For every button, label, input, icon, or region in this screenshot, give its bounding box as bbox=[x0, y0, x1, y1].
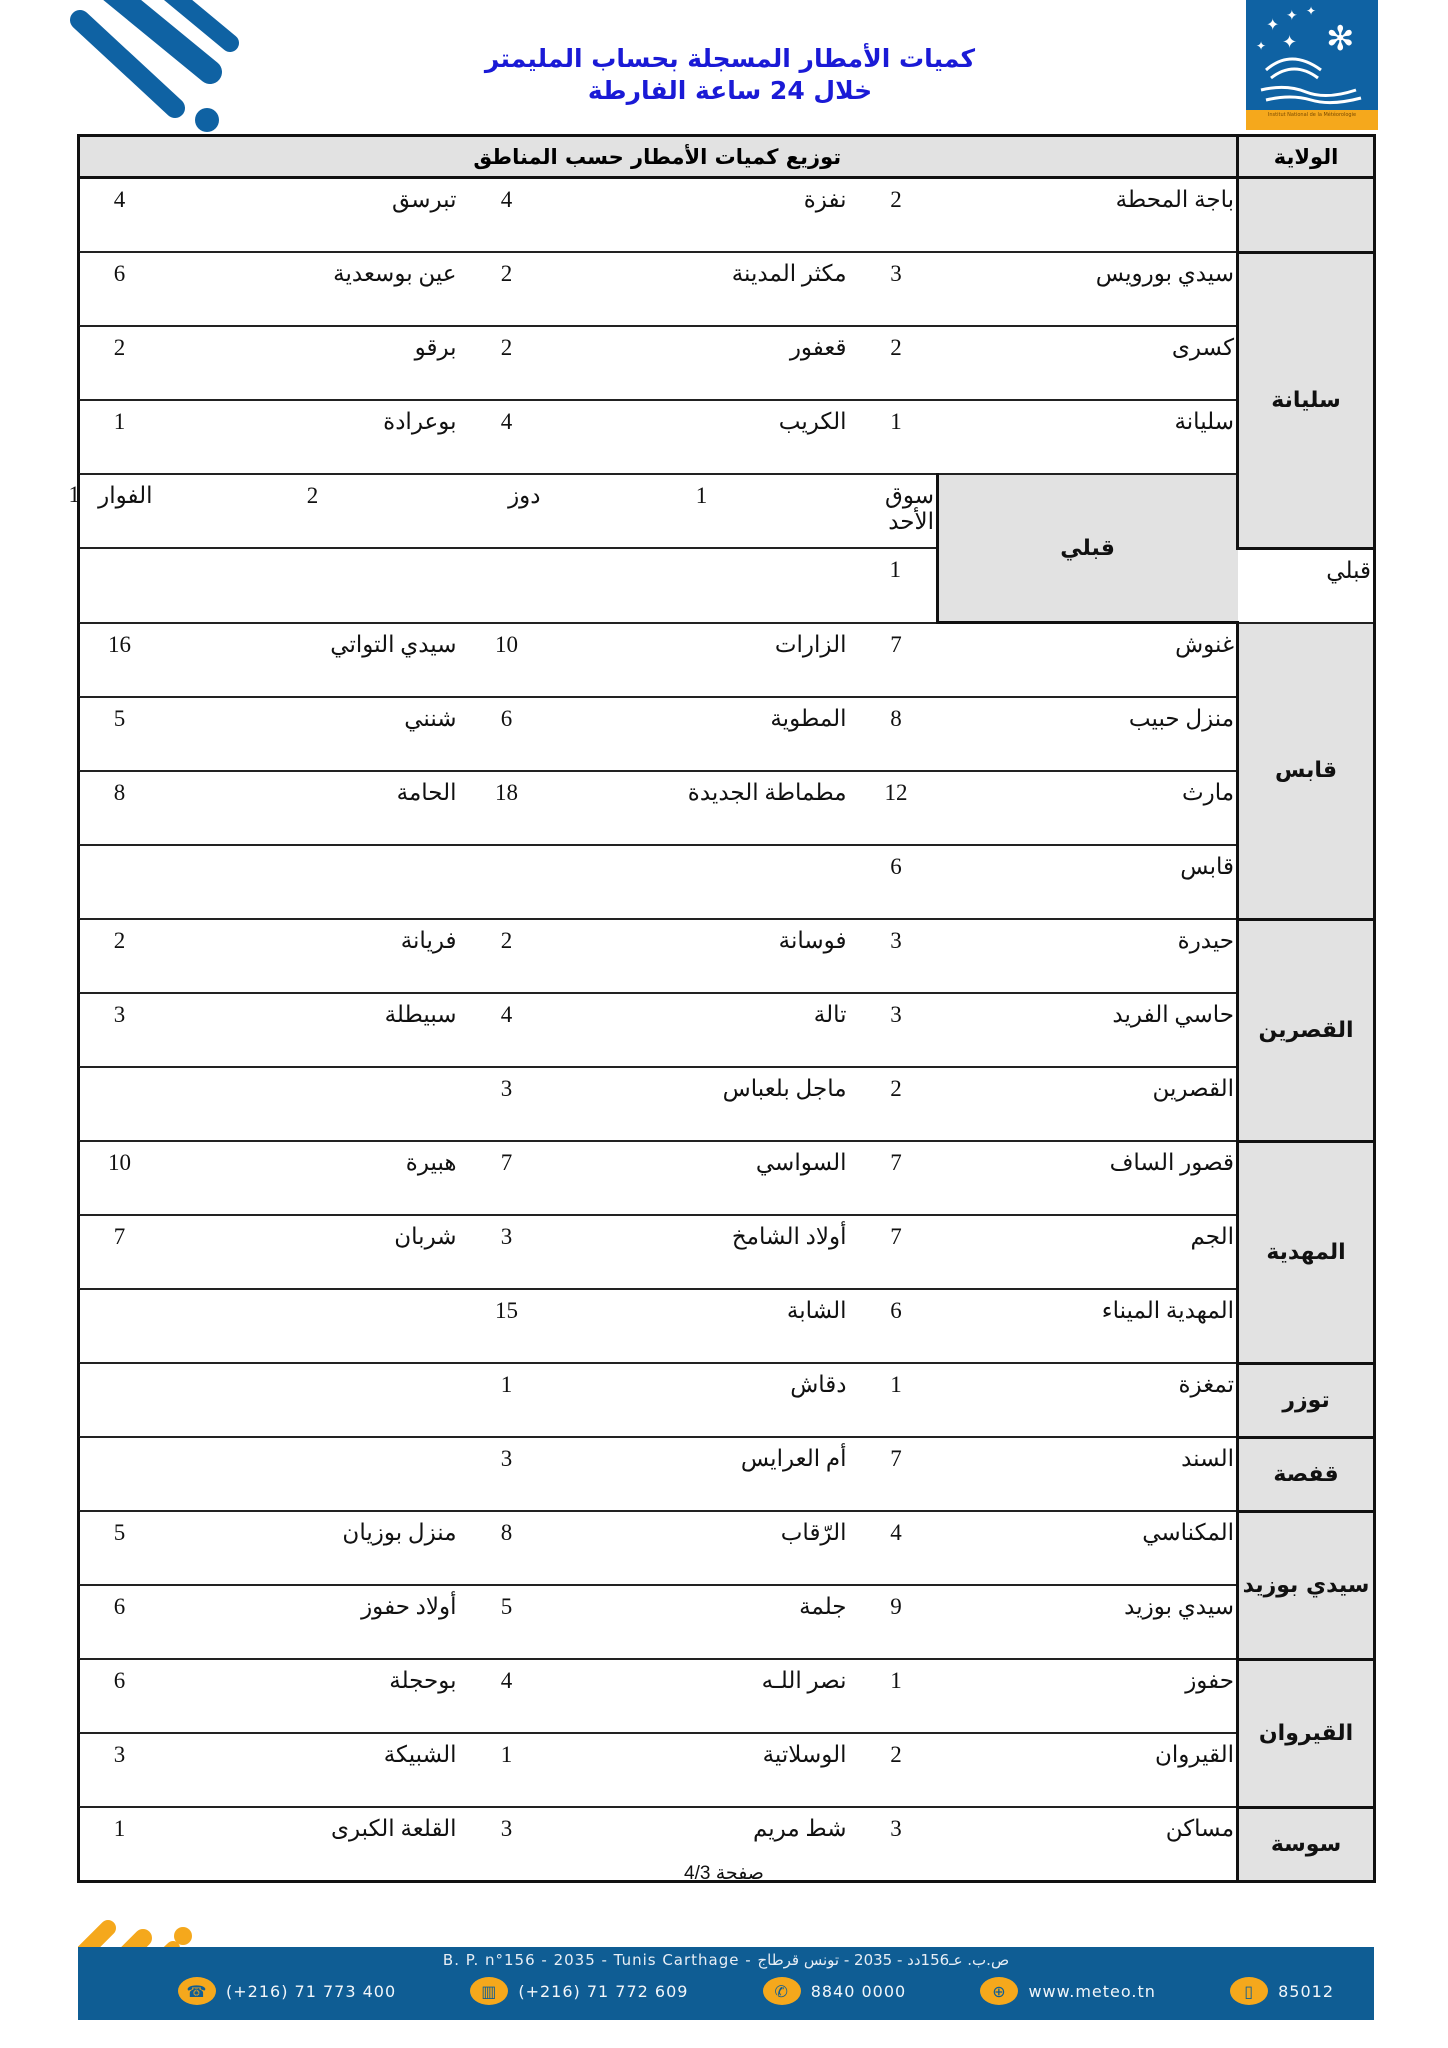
fax-icon: ▥ bbox=[470, 1977, 508, 2005]
rainfall-value-cell bbox=[79, 1437, 161, 1511]
station-name-cell: حفوز bbox=[938, 1659, 1238, 1733]
governorate-cell: سيدي بوزيد bbox=[1238, 1511, 1375, 1659]
station-name-cell: منزل بوزيان bbox=[161, 1511, 465, 1585]
station-name-cell: سيدي بورويس bbox=[938, 252, 1238, 326]
table-row: سيدي بوزيد9جلمة5أولاد حفوز6 bbox=[79, 1585, 1375, 1659]
station-name-cell bbox=[549, 845, 855, 919]
station-name-cell: أولاد حفوز bbox=[161, 1585, 465, 1659]
page-subtitle: خلال 24 ساعة الفارطة bbox=[380, 76, 1080, 105]
rainfall-value-cell: 1 bbox=[855, 548, 938, 623]
station-name-cell: السند bbox=[938, 1437, 1238, 1511]
station-name-cell: باجة المحطة bbox=[938, 178, 1238, 253]
station-name-cell: أولاد الشامخ bbox=[549, 1215, 855, 1289]
station-name-cell: سوق الأحد bbox=[855, 474, 938, 548]
svg-text:✦: ✦ bbox=[1286, 8, 1298, 24]
table-row: توزرتمغزة1دقاش1 bbox=[79, 1363, 1375, 1437]
rainfall-value-cell: 3 bbox=[855, 993, 938, 1067]
station-name-cell: قصور الساف bbox=[938, 1141, 1238, 1215]
governorate-cell: قفصة bbox=[1238, 1437, 1375, 1511]
station-name-cell: غنوش bbox=[938, 623, 1238, 698]
station-name-cell: شنني bbox=[161, 697, 465, 771]
page-title: كميات الأمطار المسجلة بحساب المليمتر bbox=[380, 44, 1080, 73]
station-name-cell: تمغزة bbox=[938, 1363, 1238, 1437]
table-row: كسرى2قعفور2برقو2 bbox=[79, 326, 1375, 400]
rainfall-value-cell bbox=[79, 1067, 161, 1141]
governorate-cell: المهدية bbox=[1238, 1141, 1375, 1363]
station-name-cell: قبلي bbox=[1238, 548, 1375, 623]
page-number: صفحة 4/3 bbox=[0, 1862, 1448, 1885]
table-row: القيروان2الوسلاتية1الشبيكة3 bbox=[79, 1733, 1375, 1807]
station-name-cell: تبرسق bbox=[161, 178, 465, 253]
station-name-cell: مارث bbox=[938, 771, 1238, 845]
rainfall-value-cell: 4 bbox=[465, 400, 549, 474]
rainfall-value-cell: 2 bbox=[855, 1733, 938, 1807]
table-row: منزل حبيب8المطوية6شنني5 bbox=[79, 697, 1375, 771]
station-name-cell: دقاش bbox=[549, 1363, 855, 1437]
table-row: قابسغنوش7الزارات10سيدي التواتي16 bbox=[79, 623, 1375, 698]
postal-address: B. P. n°156 - 2035 - Tunis Carthage - ص.… bbox=[78, 1951, 1374, 1969]
station-name-cell: هبيرة bbox=[161, 1141, 465, 1215]
call-bubble-icon: ✆ bbox=[763, 1977, 801, 2005]
station-name-cell: دوز bbox=[465, 474, 549, 548]
rainfall-value-cell: 2 bbox=[855, 326, 938, 400]
rainfall-value-cell: 5 bbox=[465, 1585, 549, 1659]
table-row: الجم7أولاد الشامخ3شربان7 bbox=[79, 1215, 1375, 1289]
table-row: حاسي الفريد3تالة4سبيطلة3 bbox=[79, 993, 1375, 1067]
contact-text[interactable]: www.meteo.tn bbox=[1028, 1982, 1155, 2001]
station-name-cell bbox=[161, 1067, 465, 1141]
rainfall-value-cell: 1 bbox=[79, 400, 161, 474]
rainfall-value-cell: 15 bbox=[465, 1289, 549, 1363]
rainfall-value-cell: 2 bbox=[465, 326, 549, 400]
rainfall-value-cell: 4 bbox=[465, 178, 549, 253]
table-row: القصرينحيدرة3فوسانة2فريانة2 bbox=[79, 919, 1375, 993]
table-row: قفصةالسند7أم العرايس3 bbox=[79, 1437, 1375, 1511]
svg-text:✦: ✦ bbox=[1256, 39, 1266, 53]
rainfall-value-cell bbox=[79, 1363, 161, 1437]
rainfall-value-cell: 3 bbox=[465, 1067, 549, 1141]
rainfall-value-cell: 7 bbox=[79, 1215, 161, 1289]
station-name-cell: الفوار bbox=[79, 474, 161, 548]
logo-caption: Institut National de la Météorologie bbox=[1246, 110, 1378, 130]
table-row: القصرين2ماجل بلعباس3 bbox=[79, 1067, 1375, 1141]
rainfall-value-cell: 16 bbox=[79, 623, 161, 698]
station-name-cell: برقو bbox=[161, 326, 465, 400]
station-name-cell: عين بوسعدية bbox=[161, 252, 465, 326]
rainfall-value-cell: 10 bbox=[465, 623, 549, 698]
contact-item: ✆8840 0000 bbox=[763, 1977, 907, 2005]
rainfall-value-cell bbox=[79, 845, 161, 919]
station-name-cell: القصرين bbox=[938, 1067, 1238, 1141]
station-name-cell: الرّقاب bbox=[549, 1511, 855, 1585]
rainfall-value-cell: 6 bbox=[79, 1585, 161, 1659]
contact-footer: B. P. n°156 - 2035 - Tunis Carthage - ص.… bbox=[78, 1947, 1374, 2020]
station-name-cell: تالة bbox=[549, 993, 855, 1067]
station-name-cell bbox=[161, 845, 465, 919]
rainfall-value-cell: 6 bbox=[79, 1659, 161, 1733]
svg-text:✦: ✦ bbox=[1306, 4, 1316, 18]
rainfall-value-cell: 2 bbox=[465, 919, 549, 993]
contact-list: ☎(+216) 71 773 400▥(+216) 71 772 609✆884… bbox=[178, 1977, 1334, 2005]
rainfall-value-cell: 3 bbox=[79, 1733, 161, 1807]
governorate-cell: القصرين bbox=[1238, 919, 1375, 1141]
rainfall-value-cell: 4 bbox=[465, 993, 549, 1067]
station-name-cell: الحامة bbox=[161, 771, 465, 845]
station-name-cell bbox=[161, 1437, 465, 1511]
table-row: مارث12مطماطة الجديدة18الحامة8 bbox=[79, 771, 1375, 845]
rainfall-value-cell: 10 bbox=[79, 1141, 161, 1215]
column-header-governorate: الولاية bbox=[1238, 136, 1375, 178]
station-name-cell: ماجل بلعباس bbox=[549, 1067, 855, 1141]
rainfall-value-cell: 6 bbox=[855, 1289, 938, 1363]
rainfall-value-cell: 2 bbox=[161, 474, 465, 548]
rainfall-value-cell: 1 bbox=[465, 1733, 549, 1807]
rainfall-value-cell: 5 bbox=[79, 697, 161, 771]
rainfall-value-cell: 1 bbox=[465, 1363, 549, 1437]
rainfall-value-cell bbox=[79, 1289, 161, 1363]
station-name-cell: بوحجلة bbox=[161, 1659, 465, 1733]
svg-text:✻: ✻ bbox=[1326, 19, 1355, 59]
station-name-cell: فريانة bbox=[161, 919, 465, 993]
weather-emblem-icon: ✦ ✦ ✦ ✦ ✦ ✻ bbox=[1246, 0, 1378, 110]
station-name-cell bbox=[161, 1363, 465, 1437]
rainfall-value-cell: 9 bbox=[855, 1585, 938, 1659]
table-row: قابس6 bbox=[79, 845, 1375, 919]
station-name-cell: قابس bbox=[938, 845, 1238, 919]
contact-text: 8840 0000 bbox=[811, 1982, 907, 2001]
station-name-cell: المطوية bbox=[549, 697, 855, 771]
rainfall-value-cell: 2 bbox=[465, 252, 549, 326]
station-name-cell: بوعرادة bbox=[161, 400, 465, 474]
rainfall-value-cell: 1 bbox=[855, 1659, 938, 1733]
rainfall-value-cell: 2 bbox=[79, 919, 161, 993]
governorate-cell bbox=[1238, 178, 1375, 253]
station-name-cell: الكريب bbox=[549, 400, 855, 474]
rainfall-value-cell: 6 bbox=[465, 697, 549, 771]
table-row: القيروانحفوز1نصر اللـه4بوحجلة6 bbox=[79, 1659, 1375, 1733]
table-header-row: الولاية توزيع كميات الأمطار حسب المناطق bbox=[79, 136, 1375, 178]
globe-icon: ⊕ bbox=[980, 1977, 1018, 2005]
governorate-cell: القيروان bbox=[1238, 1659, 1375, 1807]
station-name-cell: أم العرايس bbox=[549, 1437, 855, 1511]
station-name-cell: الزارات bbox=[549, 623, 855, 698]
rainfall-value-cell: 1 bbox=[549, 474, 855, 548]
table-row: سيدي بوزيدالمكناسي4الرّقاب8منزل بوزيان5 bbox=[79, 1511, 1375, 1585]
governorate-cell: قبلي bbox=[938, 474, 1238, 623]
station-name-cell: سليانة bbox=[938, 400, 1238, 474]
station-name-cell: الوسلاتية bbox=[549, 1733, 855, 1807]
phone-icon: ☎ bbox=[178, 1977, 216, 2005]
svg-text:✦: ✦ bbox=[1266, 15, 1279, 34]
station-name-cell: الشبيكة bbox=[161, 1733, 465, 1807]
rainfall-value-cell: 6 bbox=[79, 252, 161, 326]
rainfall-value-cell: 1 bbox=[855, 400, 938, 474]
station-name-cell: نصر اللـه bbox=[549, 1659, 855, 1733]
rainfall-value-cell: 12 bbox=[855, 771, 938, 845]
table-row: باجة المحطة2نفزة4تبرسق4 bbox=[79, 178, 1375, 253]
column-header-distribution: توزيع كميات الأمطار حسب المناطق bbox=[79, 136, 1238, 178]
rainfall-value-cell: 3 bbox=[855, 919, 938, 993]
station-name-cell: سبيطلة bbox=[161, 993, 465, 1067]
contact-item: ⊕www.meteo.tn bbox=[980, 1977, 1155, 2005]
brand-stripes-logo bbox=[70, 0, 240, 135]
governorate-cell: توزر bbox=[1238, 1363, 1375, 1437]
station-name-cell: حاسي الفريد bbox=[938, 993, 1238, 1067]
station-name-cell bbox=[161, 1289, 465, 1363]
rainfall-value-cell: 6 bbox=[855, 845, 938, 919]
station-name-cell: مكثر المدينة bbox=[549, 252, 855, 326]
rainfall-value-cell: 1 bbox=[855, 1363, 938, 1437]
station-name-cell: الشابة bbox=[549, 1289, 855, 1363]
station-name-cell: السواسي bbox=[549, 1141, 855, 1215]
contact-text: 85012 bbox=[1278, 1982, 1334, 2001]
rainfall-value-cell bbox=[465, 845, 549, 919]
rainfall-value-cell: 3 bbox=[79, 993, 161, 1067]
contact-item: ☎(+216) 71 773 400 bbox=[178, 1977, 396, 2005]
rainfall-value-cell: 5 bbox=[79, 1511, 161, 1585]
station-name-cell: المهدية الميناء bbox=[938, 1289, 1238, 1363]
rainfall-value-cell: 4 bbox=[79, 178, 161, 253]
rainfall-value-cell: 4 bbox=[855, 1511, 938, 1585]
station-name-cell: قعفور bbox=[549, 326, 855, 400]
table-row: قبليسوق الأحد1دوز2الفوار1 bbox=[79, 474, 1375, 548]
contact-text: (+216) 71 773 400 bbox=[226, 1982, 396, 2001]
table-row: سليانة1الكريب4بوعرادة1 bbox=[79, 400, 1375, 474]
rainfall-value-cell: 7 bbox=[855, 623, 938, 698]
contact-item: ▯85012 bbox=[1230, 1977, 1334, 2005]
rainfall-value-cell: 3 bbox=[855, 252, 938, 326]
rainfall-value-cell: 18 bbox=[465, 771, 549, 845]
rainfall-value-cell: 3 bbox=[465, 1215, 549, 1289]
table-row: المهديةقصور الساف7السواسي7هبيرة10 bbox=[79, 1141, 1375, 1215]
station-name-cell: نفزة bbox=[549, 178, 855, 253]
station-name-cell: المكناسي bbox=[938, 1511, 1238, 1585]
rainfall-value-cell: 8 bbox=[465, 1511, 549, 1585]
station-name-cell: فوسانة bbox=[549, 919, 855, 993]
rainfall-value-cell: 7 bbox=[855, 1437, 938, 1511]
rainfall-value-cell: 8 bbox=[79, 771, 161, 845]
rainfall-value-cell: 2 bbox=[79, 326, 161, 400]
table-row: المهدية الميناء6الشابة15 bbox=[79, 1289, 1375, 1363]
rainfall-value-cell: 7 bbox=[855, 1141, 938, 1215]
station-name-cell: منزل حبيب bbox=[938, 697, 1238, 771]
station-name-cell: القيروان bbox=[938, 1733, 1238, 1807]
station-name-cell: كسرى bbox=[938, 326, 1238, 400]
rainfall-value-cell: 2 bbox=[855, 178, 938, 253]
rainfall-value-cell: 2 bbox=[855, 1067, 938, 1141]
station-name-cell bbox=[161, 548, 465, 623]
station-name-cell bbox=[549, 548, 855, 623]
rainfall-value-cell: 7 bbox=[465, 1141, 549, 1215]
station-name-cell: الجم bbox=[938, 1215, 1238, 1289]
station-name-cell: جلمة bbox=[549, 1585, 855, 1659]
contact-item: ▥(+216) 71 772 609 bbox=[470, 1977, 688, 2005]
svg-text:✦: ✦ bbox=[1282, 32, 1297, 53]
rainfall-value-cell bbox=[465, 548, 549, 623]
station-name-cell: حيدرة bbox=[938, 919, 1238, 993]
station-name-cell: شربان bbox=[161, 1215, 465, 1289]
rainfall-value-cell bbox=[79, 548, 161, 623]
table-row: سليانةسيدي بورويس3مكثر المدينة2عين بوسعد… bbox=[79, 252, 1375, 326]
rainfall-value-cell: 7 bbox=[855, 1215, 938, 1289]
station-name-cell: سيدي التواتي bbox=[161, 623, 465, 698]
station-name-cell: سيدي بوزيد bbox=[938, 1585, 1238, 1659]
rainfall-value-cell: 8 bbox=[855, 697, 938, 771]
rainfall-table: الولاية توزيع كميات الأمطار حسب المناطق … bbox=[77, 134, 1376, 1883]
rainfall-value-cell: 3 bbox=[465, 1437, 549, 1511]
inm-logo: ✦ ✦ ✦ ✦ ✦ ✻ Institut National de la Mété… bbox=[1246, 0, 1378, 130]
rainfall-value-cell: 4 bbox=[465, 1659, 549, 1733]
contact-text: (+216) 71 772 609 bbox=[518, 1982, 688, 2001]
station-name-cell: مطماطة الجديدة bbox=[549, 771, 855, 845]
governorate-cell: قابس bbox=[1238, 623, 1375, 920]
sms-icon: ▯ bbox=[1230, 1977, 1268, 2005]
governorate-cell: سليانة bbox=[1238, 252, 1375, 548]
